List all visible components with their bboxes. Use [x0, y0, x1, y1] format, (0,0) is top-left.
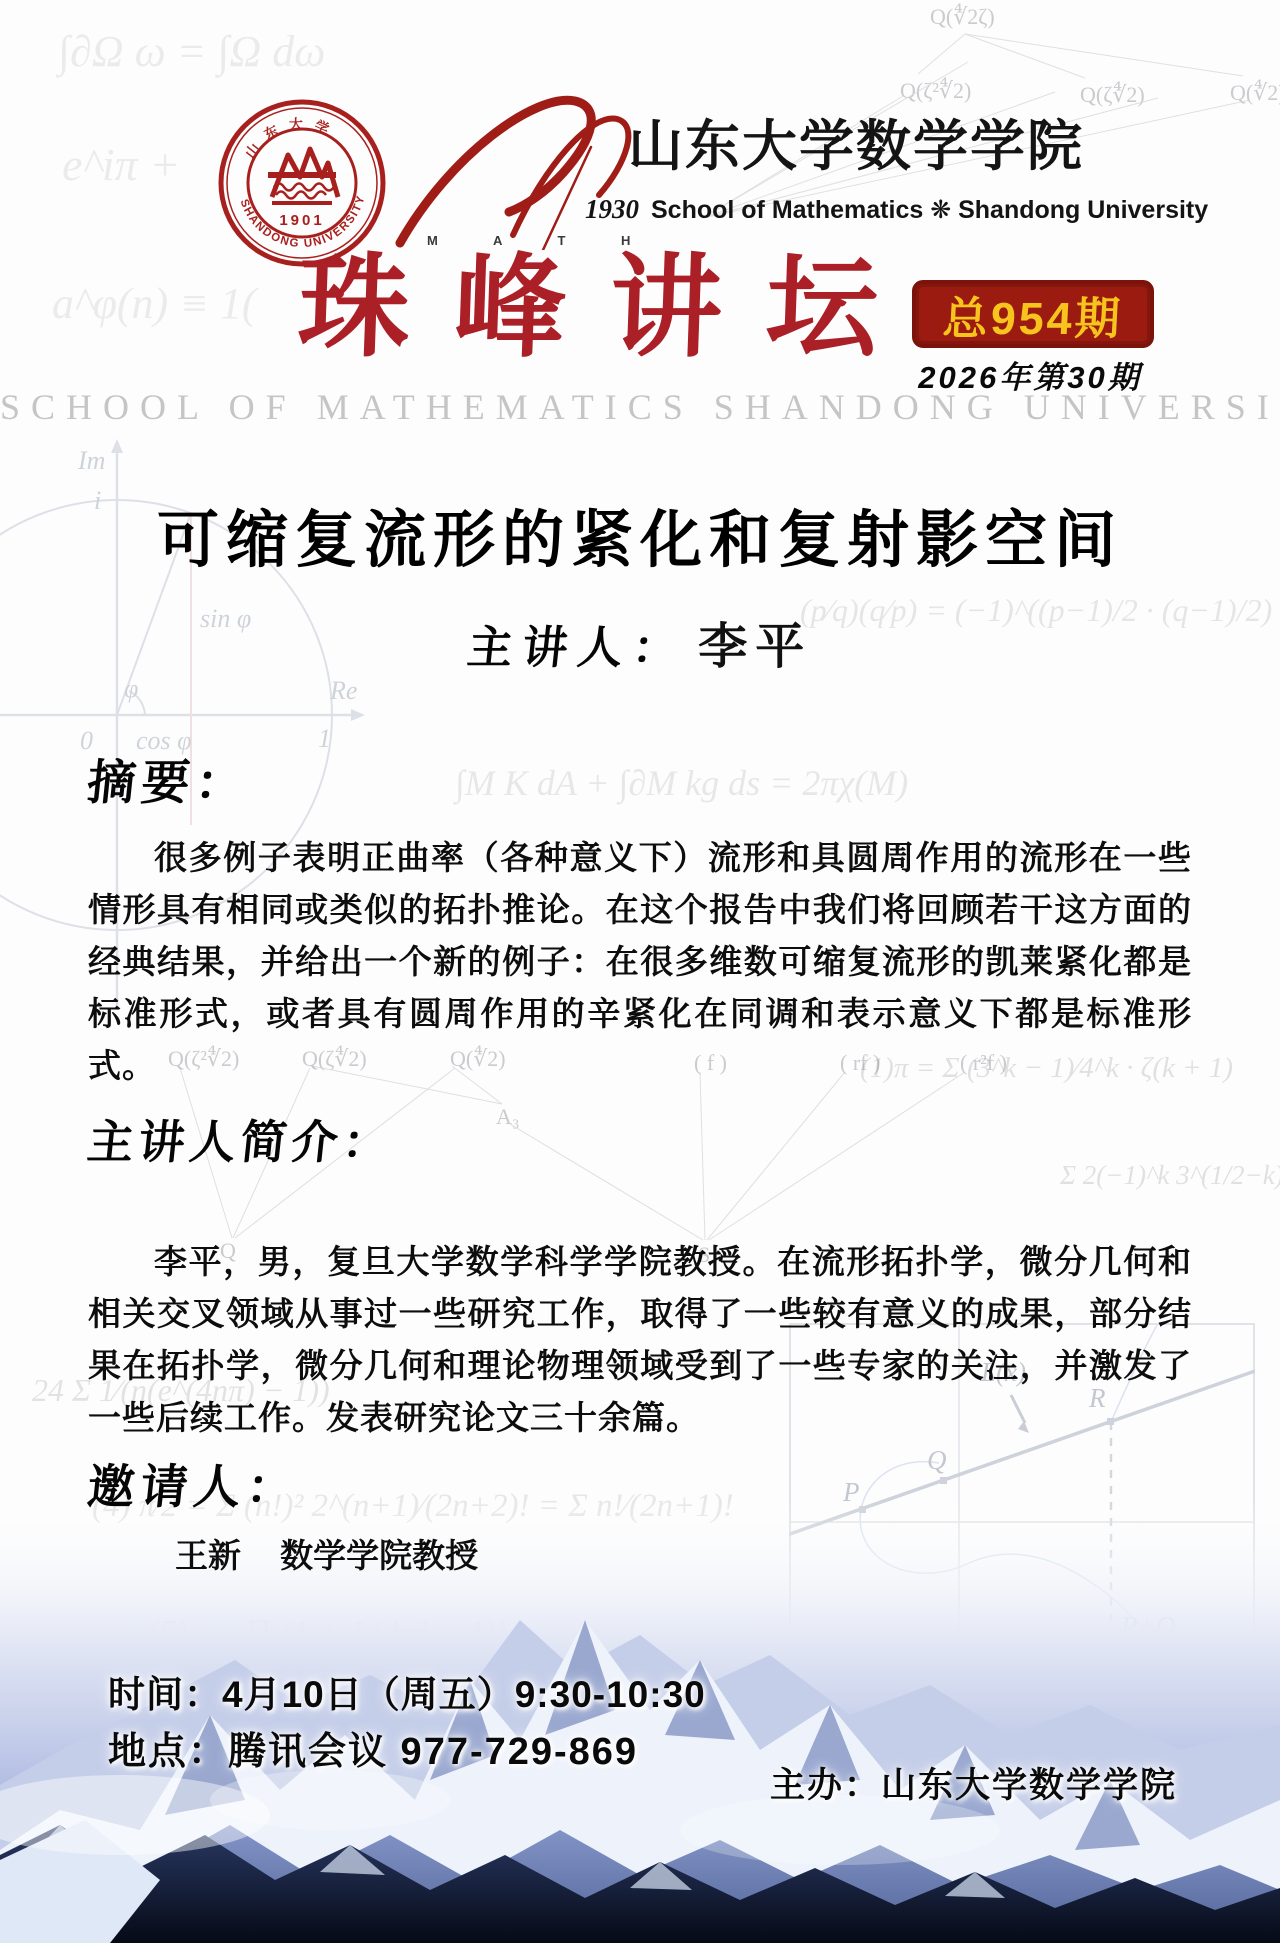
venue-line: 地点：腾讯会议 977-729-869: [108, 1720, 638, 1775]
talk-title: 可缩复流形的紧化和复射影空间: [0, 490, 1280, 579]
formula-stokes: ∫∂Ω ω = ∫Ω dω: [58, 26, 325, 77]
lattice-label: Q(ζ∜2): [1080, 82, 1145, 108]
school-name-en: School of Mathematics ❋ Shandong Univers…: [651, 195, 1208, 225]
host-line: 主办：山东大学数学学院: [770, 1758, 1177, 1808]
invite-heading: 邀请人：: [84, 1450, 303, 1517]
formula-alt-series: Σ 2(−1)^k 3^(1/2−k): [1060, 1160, 1280, 1191]
lattice-label: Q(ζ²∜2): [900, 78, 971, 104]
speaker-label: 主讲人：: [464, 611, 691, 676]
inviter-name: 王新: [175, 1537, 241, 1574]
school-name-cn: 山东大学数学学院: [628, 102, 1084, 181]
issue-badge: 总954期: [912, 280, 1154, 348]
formula-euler: e^iπ +: [62, 138, 180, 191]
invite-line: 王新 数学学院教授: [175, 1530, 478, 1577]
formula-gauss-bonnet: ∫M K dA + ∫∂M kg ds = 2πχ(M): [455, 762, 908, 804]
speaker-line: 主讲人： 李平: [0, 608, 1280, 678]
abstract-heading: 摘要：: [84, 744, 253, 813]
phi-label: φ: [124, 674, 138, 703]
seal-year: 1901: [279, 212, 324, 229]
formula-euler-totient: a^φ(n) ≡ 1(: [52, 278, 257, 329]
lattice-label: Q(∜2): [1230, 80, 1280, 106]
re-axis-label: Re: [329, 676, 357, 705]
time-line: 时间：4月10日（周五）9:30-10:30: [108, 1664, 706, 1718]
speaker-name: 李平: [698, 608, 812, 678]
lattice-label: Q(∜2ζ): [930, 4, 995, 30]
sdu-seal-icon: 山东大学 SHANDONG UNIVERSITY 1901: [218, 99, 386, 267]
inviter-title: 数学学院教授: [280, 1537, 478, 1574]
math-swoosh-icon: M A T H: [395, 85, 645, 250]
school-name-en-line: 1930 School of Mathematics ❋ Shandong Un…: [585, 194, 1208, 225]
founding-year: 1930: [585, 194, 639, 225]
lattice-label: A₃: [496, 1104, 520, 1130]
forum-title: 珠峰讲坛: [296, 246, 924, 369]
issue-edition: 2026年第30期: [900, 352, 1160, 397]
lecture-poster: ∫∂Ω ω = ∫Ω dω e^iπ + a^φ(n) ≡ 1( (p⁄q)(q…: [0, 0, 1280, 1943]
bio-body: 李平，男，复旦大学数学科学学院教授。在流形拓扑学，微分几何和相关交叉领域从事过一…: [88, 1236, 1192, 1444]
point-q-label: Q: [927, 1445, 947, 1475]
one-label: 1: [318, 724, 331, 753]
issue-badge-text: 总954期: [941, 282, 1125, 347]
bio-heading: 主讲人简介：: [85, 1106, 398, 1172]
im-axis-label: Im: [77, 446, 105, 475]
abstract-body: 很多例子表明正曲率（各种意义下）流形和具圆周作用的流形在一些情形具有相同或类似的…: [88, 832, 1192, 1092]
